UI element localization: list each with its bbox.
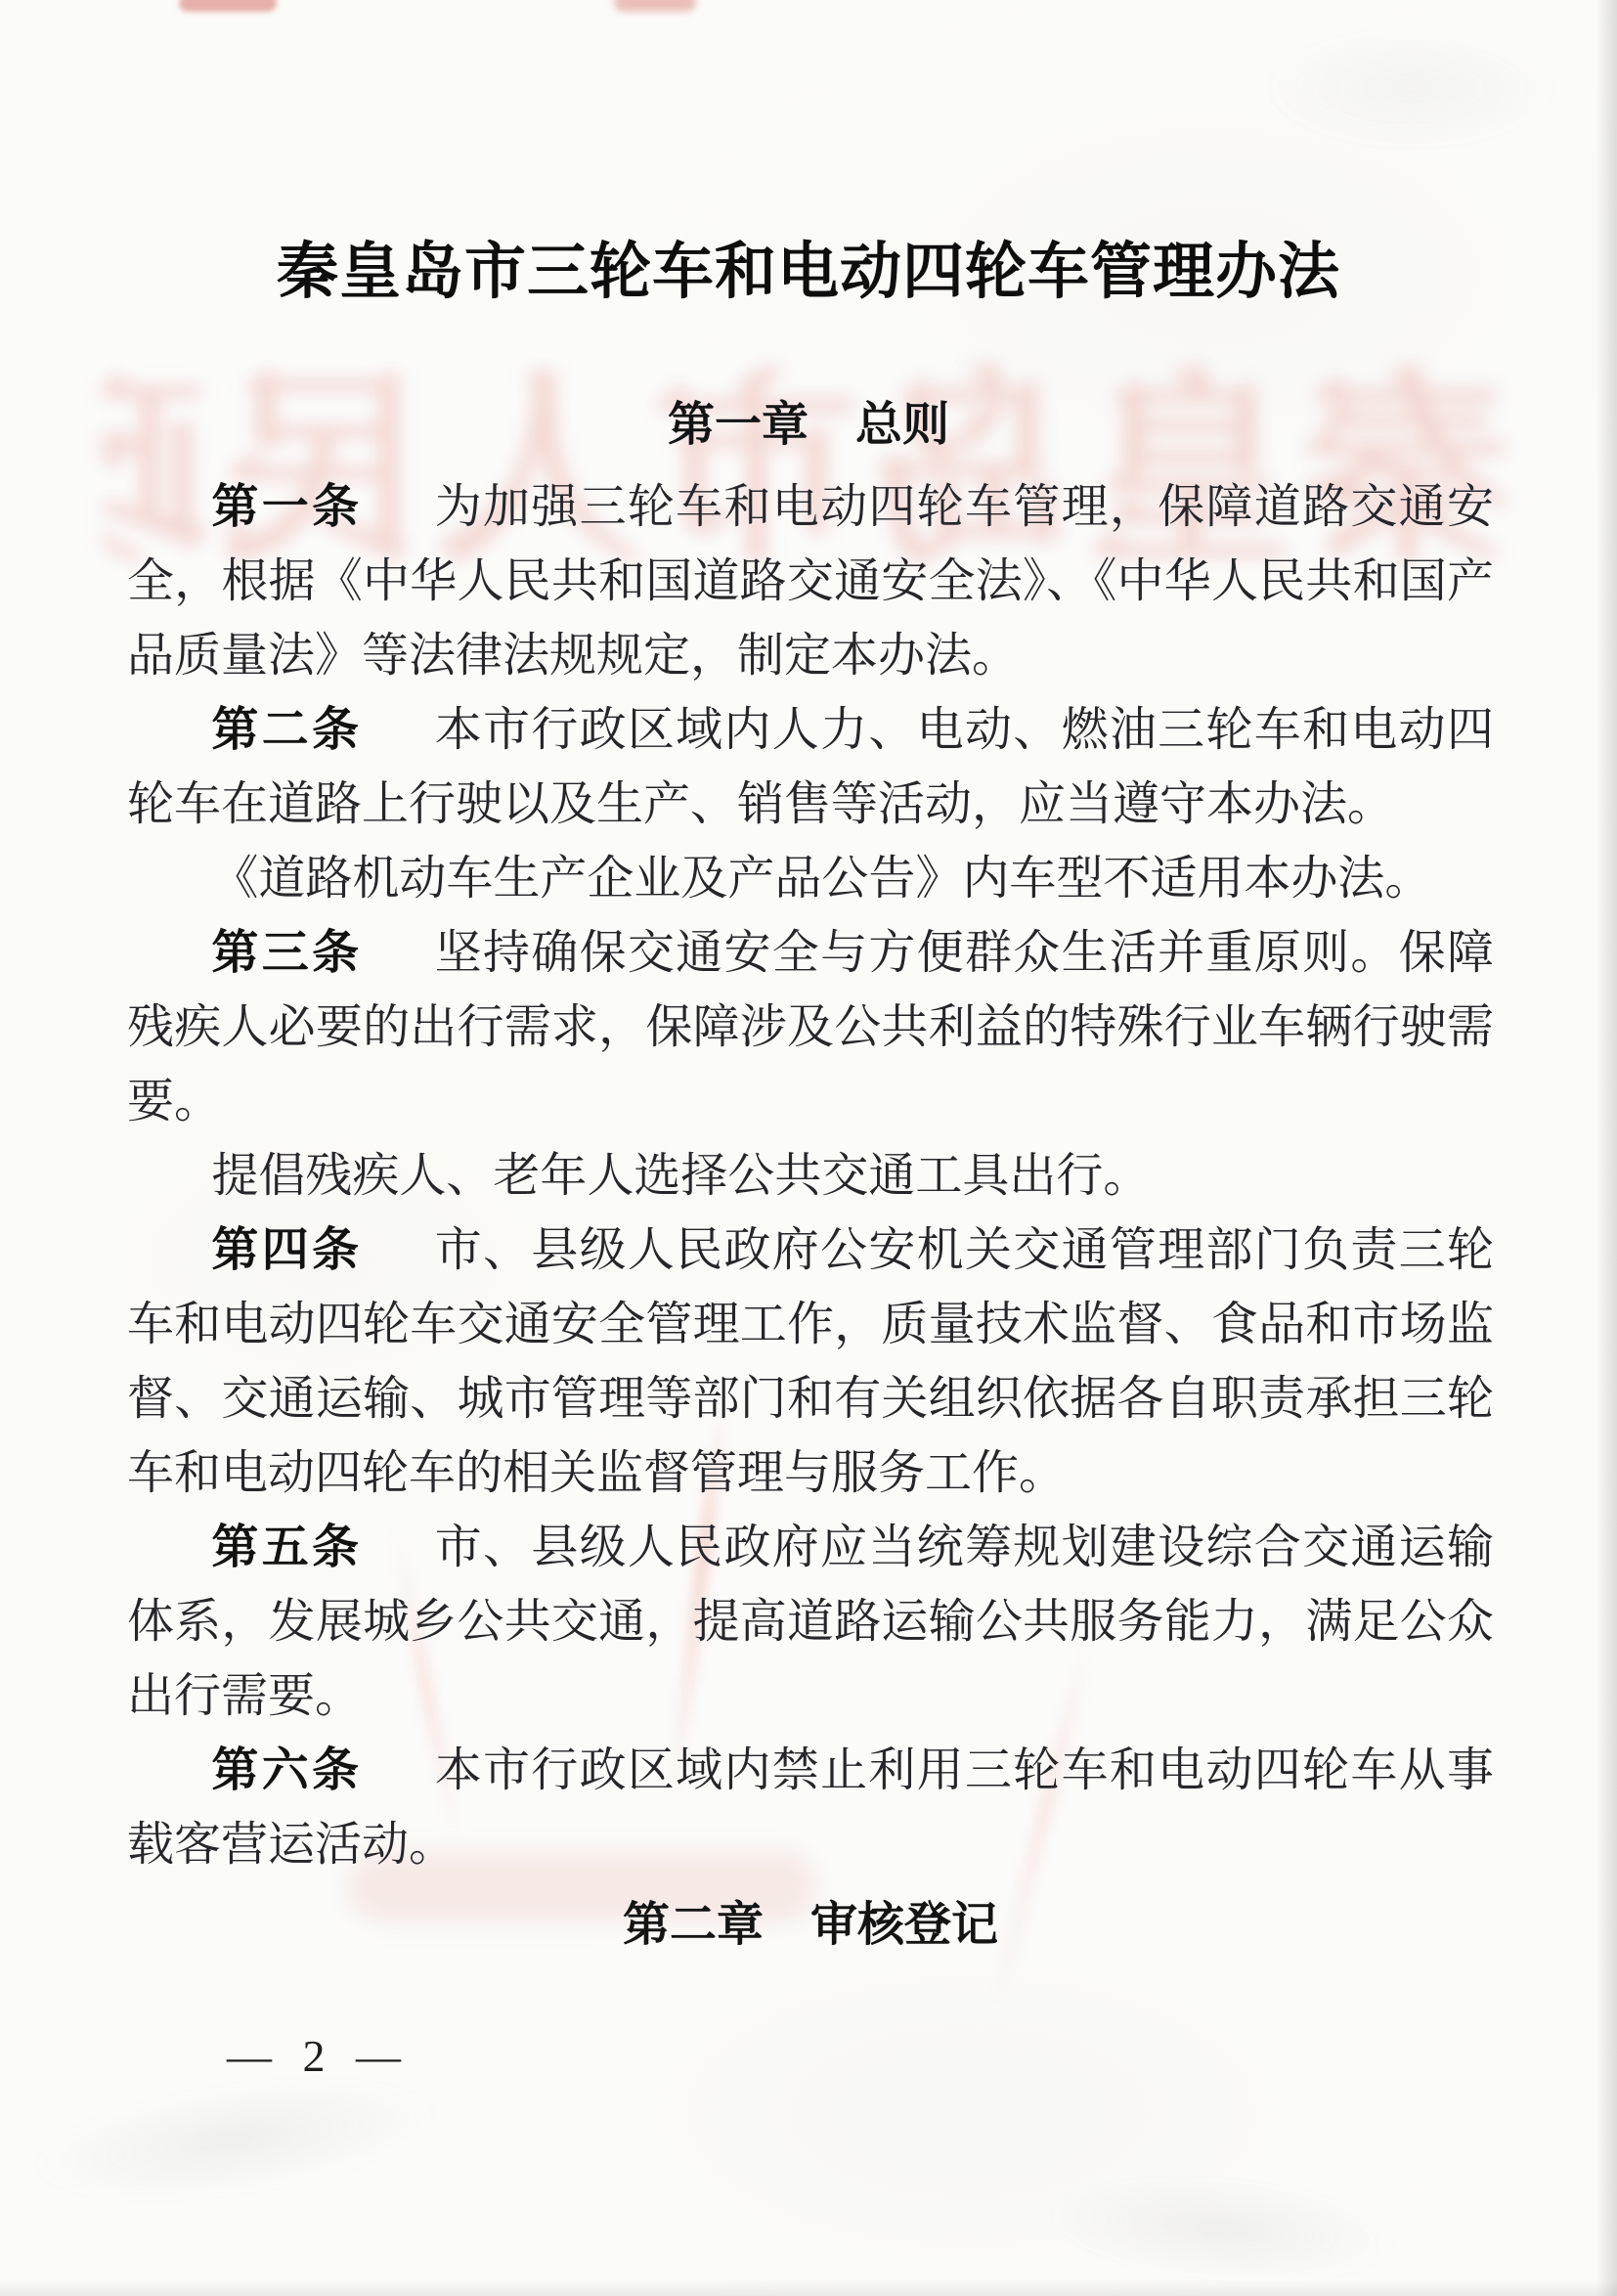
- article-2-label: 第二条: [211, 704, 434, 756]
- article-6: 第六条本市行政区域内禁止利用三轮车和电动四轮车从事载客营运活动。: [127, 1734, 1494, 1882]
- article-1-label: 第一条: [211, 481, 434, 533]
- document-title: 秦皇岛市三轮车和电动四轮车管理办法: [0, 233, 1617, 311]
- chapter-1-heading: 第一章 总则: [0, 399, 1617, 452]
- page-number: — 2 —: [227, 2032, 411, 2081]
- article-3b-text: 提倡残疾人、老年人选择公共交通工具出行。: [211, 1150, 1150, 1202]
- article-3-label: 第三条: [211, 927, 434, 979]
- article-2: 第二条本市行政区域内人力、电动、燃油三轮车和电动四轮车在道路上行驶以及生产、销售…: [127, 693, 1494, 842]
- article-2-paragraph-2: 《道路机动车生产企业及产品公告》内车型不适用本办法。: [127, 842, 1494, 916]
- scanned-document-page: 秦皇岛市人民政府 秦皇岛市三轮车和电动四轮车管理办法 第一章 总则 第一条为加强…: [0, 0, 1617, 2296]
- document-content: 秦皇岛市三轮车和电动四轮车管理办法 第一章 总则 第一条为加强三轮车和电动四轮车…: [0, 0, 1617, 2296]
- article-4: 第四条市、县级人民政府公安机关交通管理部门负责三轮车和电动四轮车交通安全管理工作…: [127, 1214, 1494, 1511]
- article-3: 第三条坚持确保交通安全与方便群众生活并重原则。保障残疾人必要的出行需求，保障涉及…: [127, 916, 1494, 1139]
- article-6-label: 第六条: [211, 1744, 434, 1796]
- article-5-label: 第五条: [211, 1522, 434, 1573]
- article-1: 第一条为加强三轮车和电动四轮车管理，保障道路交通安全，根据《中华人民共和国道路交…: [127, 470, 1494, 693]
- article-3-paragraph-2: 提倡残疾人、老年人选择公共交通工具出行。: [127, 1139, 1494, 1214]
- chapter-2-heading: 第二章 审核登记: [127, 1888, 1494, 1963]
- article-2b-text: 《道路机动车生产企业及产品公告》内车型不适用本办法。: [211, 853, 1431, 905]
- article-body: 第一条为加强三轮车和电动四轮车管理，保障道路交通安全，根据《中华人民共和国道路交…: [127, 470, 1494, 1963]
- article-4-label: 第四条: [211, 1224, 434, 1276]
- article-5: 第五条市、县级人民政府应当统筹规划建设综合交通运输体系，发展城乡公共交通，提高道…: [127, 1511, 1494, 1734]
